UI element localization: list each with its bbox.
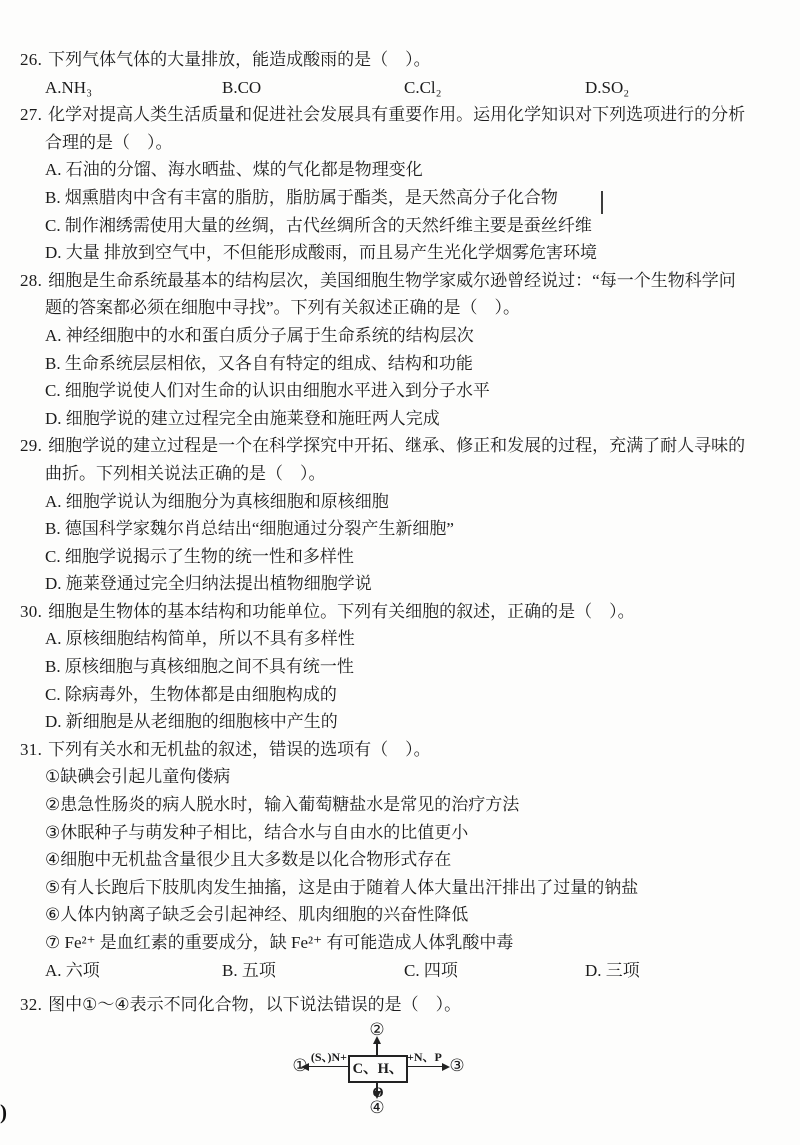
scan-edge-mark: ) <box>0 1100 7 1125</box>
option-b: B. 德国科学家魏尔肖总结出“细胞通过分裂产生新细胞” <box>20 515 790 543</box>
right-arrow-label: +N、P <box>407 1048 442 1065</box>
statement-5: ⑤有人长跑后下肢肌肉发生抽搐，这是由于随着人体大量出汗排出了过量的钠盐 <box>20 874 790 902</box>
option-c: C. 制作湘绣需使用大量的丝绸，古代丝绸所含的天然纤维主要是蚕丝纤维 <box>20 212 790 240</box>
diagram-node-3: ③ <box>447 1057 467 1075</box>
option-b: B. 原核细胞与真核细胞之间不具有统一性 <box>20 653 790 681</box>
statement-3: ③休眠种子与萌发种子相比，结合水与自由水的比值更小 <box>20 819 790 847</box>
question-stem: 下列有关水和无机盐的叙述，错误的选项有（ ）。 <box>48 740 431 759</box>
question-31: 31.下列有关水和无机盐的叙述，错误的选项有（ ）。 <box>20 736 790 764</box>
question-number: 30. <box>20 598 42 626</box>
option-c: C.Cl₂ <box>404 74 442 102</box>
option-b: B. 生命系统层层相依，又各自有特定的组成、结构和功能 <box>20 350 790 378</box>
question-28: 28.细胞是生命系统最基本的结构层次，美国细胞生物学家威尔逊曾经说过：“每一个生… <box>20 267 790 295</box>
question-28-stem-cont: 题的答案都必须在细胞中寻找”。下列有关叙述正确的是（ ）。 <box>20 294 790 322</box>
option-d: D. 三项 <box>585 957 640 985</box>
question-32: 32.图中①～④表示不同化合物，以下说法错误的是（ ）。 <box>20 991 790 1019</box>
option-b: B. 五项 <box>222 957 276 985</box>
option-a: A. 石油的分馏、海水晒盐、煤的气化都是物理变化 <box>20 156 790 184</box>
diagram-center-box: C、H、O <box>348 1055 408 1083</box>
option-b: B. 烟熏腊肉中含有丰富的脂肪，脂肪属于酯类，是天然高分子化合物 <box>20 184 790 212</box>
question-number: 28. <box>20 267 42 295</box>
question-stem: 细胞是生命系统最基本的结构层次，美国细胞生物学家威尔逊曾经说过：“每一个生物科学… <box>48 271 736 290</box>
question-number: 32. <box>20 991 42 1019</box>
question-26-options: A.NH₃ B.CO C.Cl₂ D.SO₂ <box>20 74 790 102</box>
question-29: 29.细胞学说的建立过程是一个在科学探究中开拓、继承、修正和发展的过程，充满了耐… <box>20 432 790 460</box>
statement-2: ②患急性肠炎的病人脱水时，输入葡萄糖盐水是常见的治疗方法 <box>20 791 790 819</box>
left-arrow-line <box>307 1066 348 1068</box>
question-31-options: A. 六项 B. 五项 C. 四项 D. 三项 <box>20 957 790 985</box>
question-number: 31. <box>20 736 42 764</box>
question-stem: 下列气体气体的大量排放，能造成酸雨的是（ ）。 <box>48 50 431 69</box>
option-d: D. 施莱登通过完全归纳法提出植物细胞学说 <box>20 570 790 598</box>
option-a: A. 原核细胞结构简单，所以不具有多样性 <box>20 625 790 653</box>
question-number: 27. <box>20 101 42 129</box>
option-d: D. 大量 排放到空气中，不但能形成酸雨，而且易产生光化学烟雾危害环境 <box>20 239 790 267</box>
option-b: B.CO <box>222 74 261 102</box>
option-a: A. 细胞学说认为细胞分为真核细胞和原核细胞 <box>20 488 790 516</box>
diagram-node-4: ④ <box>367 1099 387 1117</box>
exam-sheet: 26.下列气体气体的大量排放，能造成酸雨的是（ ）。 A.NH₃ B.CO C.… <box>0 0 800 1145</box>
question-stem: 细胞是生物体的基本结构和功能单位。下列有关细胞的叙述，正确的是（ ）。 <box>48 602 635 621</box>
option-c: C. 除病毒外，生物体都是由细胞构成的 <box>20 681 790 709</box>
up-arrow-line <box>376 1043 378 1055</box>
option-a: A. 六项 <box>45 957 100 985</box>
option-a: A.NH₃ <box>45 74 92 102</box>
q32-compound-diagram: ② ① (S、)N+ C、H、O +N、P ③ ④ <box>290 1021 475 1121</box>
question-number: 26. <box>20 46 42 74</box>
question-30: 30.细胞是生物体的基本结构和功能单位。下列有关细胞的叙述，正确的是（ ）。 <box>20 598 790 626</box>
question-27-stem-cont: 合理的是（ ）。 <box>20 129 790 157</box>
statement-7: ⑦ Fe²⁺ 是血红素的重要成分，缺 Fe²⁺ 有可能造成人体乳酸中毒 <box>20 929 790 957</box>
option-a: A. 神经细胞中的水和蛋白质分子属于生命系统的结构层次 <box>20 322 790 350</box>
right-arrow-line <box>406 1066 444 1068</box>
statement-1: ①缺碘会引起儿童佝偻病 <box>20 763 790 791</box>
scan-stray-mark <box>601 191 603 214</box>
option-d: D. 新细胞是从老细胞的细胞核中产生的 <box>20 708 790 736</box>
option-d: D.SO₂ <box>585 74 629 102</box>
question-stem: 图中①～④表示不同化合物，以下说法错误的是（ ）。 <box>48 995 461 1014</box>
question-29-stem-cont: 曲折。下列相关说法正确的是（ ）。 <box>20 460 790 488</box>
question-stem: 细胞学说的建立过程是一个在科学探究中开拓、继承、修正和发展的过程，充满了耐人寻味… <box>48 436 745 455</box>
question-stem: 化学对提高人类生活质量和促进社会发展具有重要作用。运用化学知识对下列选项进行的分… <box>48 105 745 124</box>
statement-4: ④细胞中无机盐含量很少且大多数是以化合物形式存在 <box>20 846 790 874</box>
question-27: 27.化学对提高人类生活质量和促进社会发展具有重要作用。运用化学知识对下列选项进… <box>20 101 790 129</box>
left-arrow-label: (S、)N+ <box>299 1048 347 1065</box>
question-number: 29. <box>20 432 42 460</box>
statement-6: ⑥人体内钠离子缺乏会引起神经、肌肉细胞的兴奋性降低 <box>20 901 790 929</box>
option-c: C. 细胞学说揭示了生物的统一性和多样性 <box>20 543 790 571</box>
option-c: C. 四项 <box>404 957 458 985</box>
option-d: D. 细胞学说的建立过程完全由施莱登和施旺两人完成 <box>20 405 790 433</box>
option-c: C. 细胞学说使人们对生命的认识由细胞水平进入到分子水平 <box>20 377 790 405</box>
question-26: 26.下列气体气体的大量排放，能造成酸雨的是（ ）。 <box>20 46 790 74</box>
